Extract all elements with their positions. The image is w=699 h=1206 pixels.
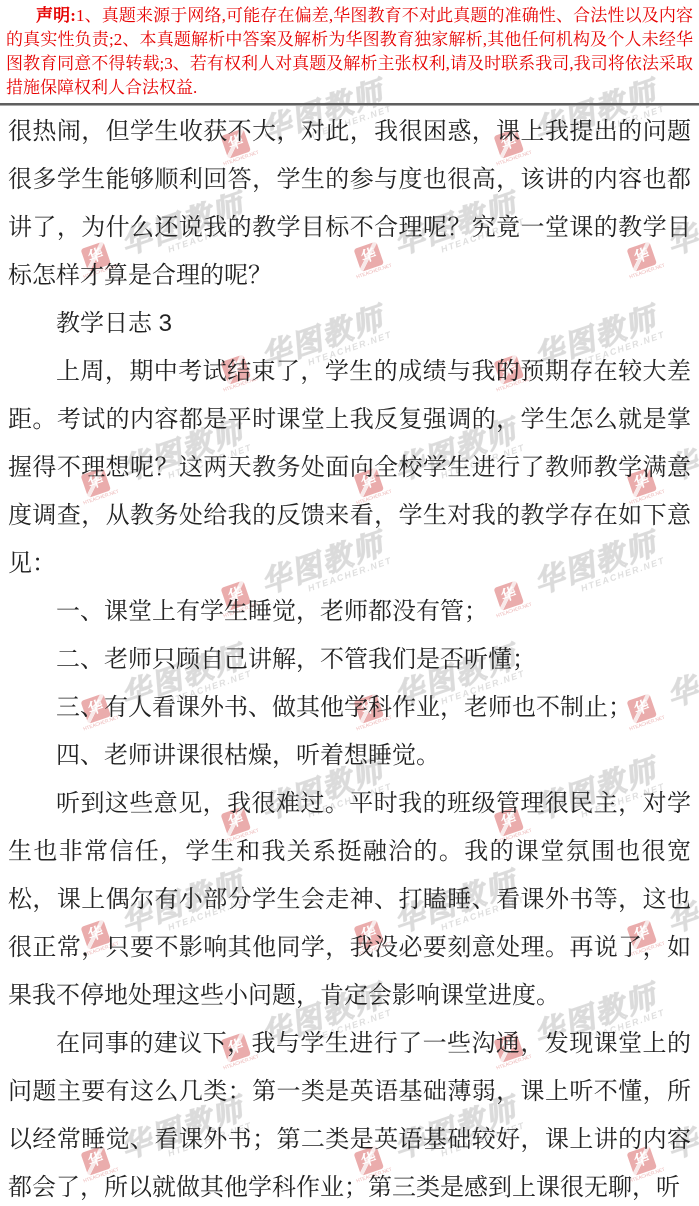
paragraph: 三、有人看课外书、做其他学科作业，老师也不制止； (8, 684, 691, 732)
paragraph: 很热闹，但学生收获不大，对此，我很困惑，课上我提出的问题很多学生能够顺利回答，学… (8, 108, 691, 300)
paragraph: 教学日志 3 (8, 300, 691, 348)
paragraph: 二、老师只顾自己讲解，不管我们是否听懂； (8, 636, 691, 684)
disclaimer-text: 声明:1、真题来源于网络,可能存在偏差,华图教育不对此真题的准确性、合法性以及内… (0, 0, 699, 100)
document-body: 很热闹，但学生收获不大，对此，我很困惑，课上我提出的问题很多学生能够顺利回答，学… (0, 106, 699, 1206)
paragraph: 一、课堂上有学生睡觉，老师都没有管； (8, 588, 691, 636)
paragraph: 四、老师讲课很枯燥，听着想睡觉。 (8, 732, 691, 780)
disclaimer-label: 声明: (36, 6, 76, 25)
disclaimer-body: 1、真题来源于网络,可能存在偏差,华图教育不对此真题的准确性、合法性以及内容的真… (6, 6, 693, 97)
paragraph: 在同事的建议下，我与学生进行了一些沟通，发现课堂上的问题主要有这么几类：第一类是… (8, 1020, 691, 1206)
document-page: 华HTEACHER.NET华图教师HTEACHER.NET华HTEACHER.N… (0, 0, 699, 1206)
paragraph: 听到这些意见，我很难过。平时我的班级管理很民主，对学生也非常信任，学生和我关系挺… (8, 780, 691, 1020)
paragraph: 上周，期中考试结束了，学生的成绩与我的预期存在较大差距。考试的内容都是平时课堂上… (8, 348, 691, 588)
